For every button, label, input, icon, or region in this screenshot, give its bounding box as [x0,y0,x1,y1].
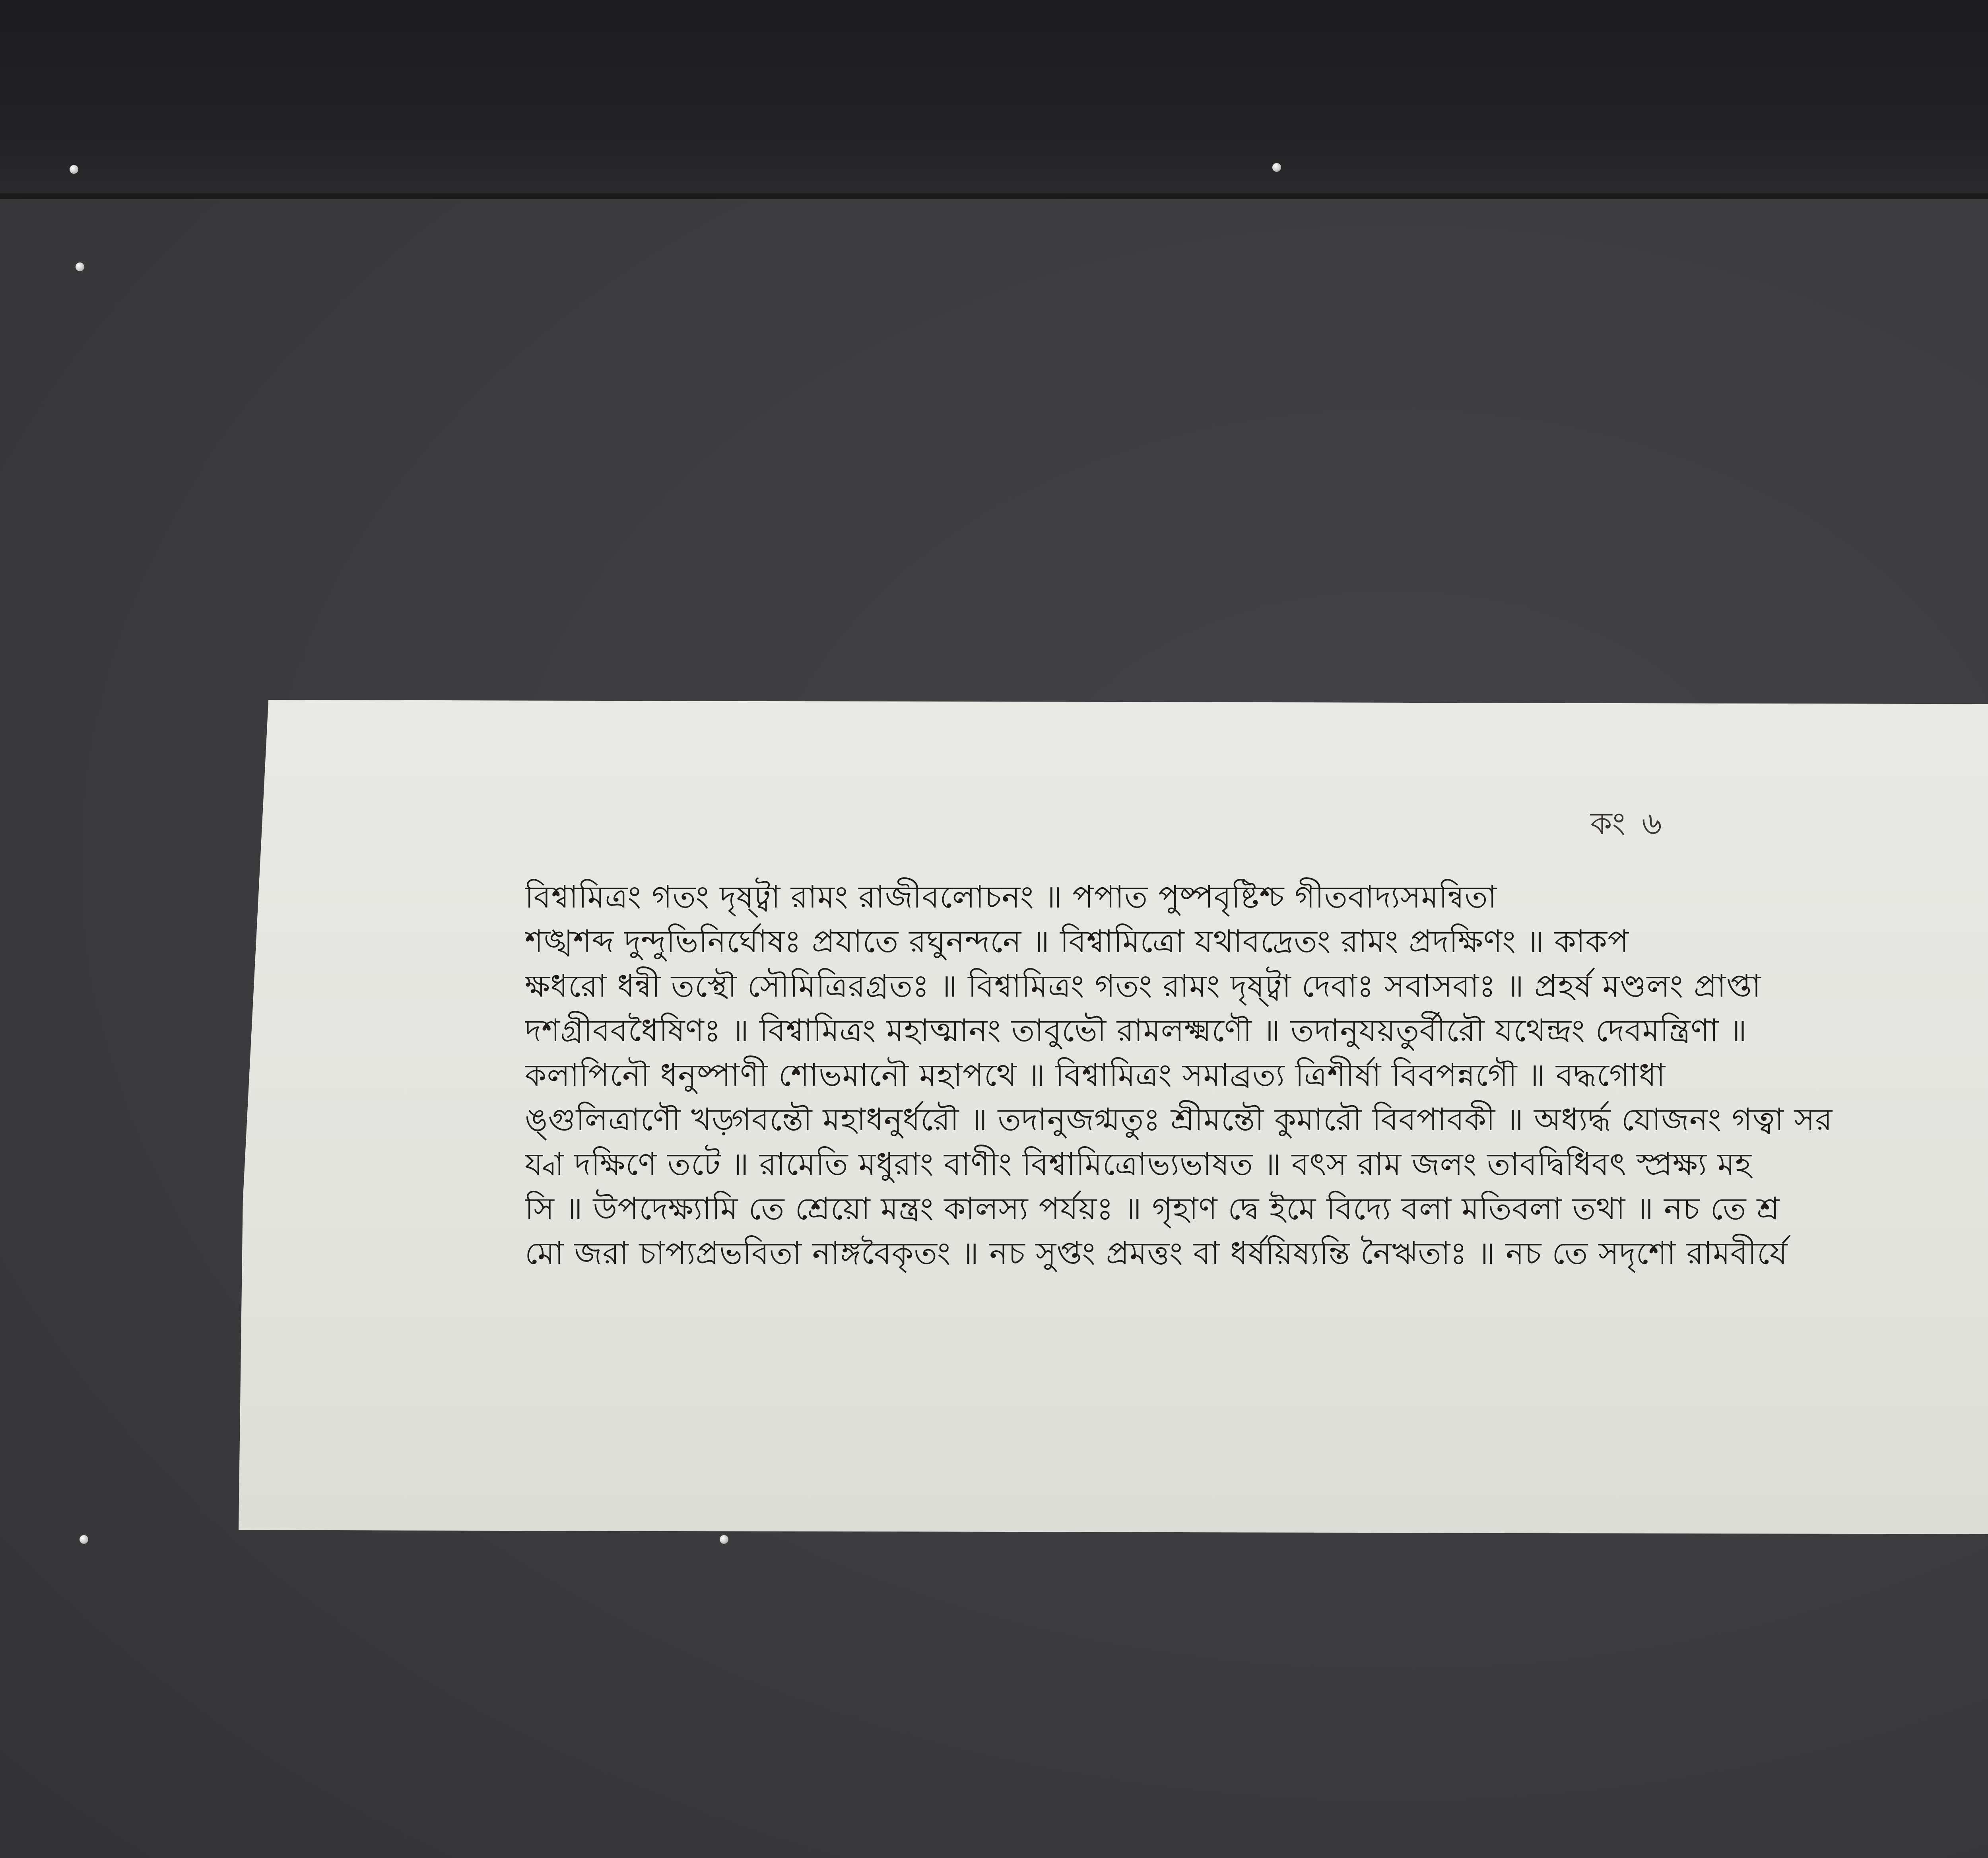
text-line: সি ॥ উপদেক্ষ্যামি তে শ্রেয়ো মন্ত্রং কাল… [525,1187,1988,1231]
dark-top-band [0,0,1988,199]
text-line: য্বা দক্ষিণে তটে ॥ রামেতি মধুরাং বাণীং ব… [525,1142,1988,1187]
text-line: মো জরা চাপ্যপ্রভবিতা নাঙ্গবৈকৃতং ॥ নচ সু… [525,1231,1988,1276]
manuscript-text: বিশ্বামিত্রং গতং দৃষ্ট্বা রামং রাজীবলোচন… [525,875,1988,1276]
text-line: ক্ষধরো ধন্বী তস্থৌ সৌমিত্রিরগ্রতঃ ॥ বিশ্… [525,964,1988,1009]
mounting-pin [76,262,84,271]
manuscript-leaf: কং ৬ বিশ্বামিত্রং গতং দৃষ্ট্বা রামং রাজী… [239,700,1988,1535]
text-line: বিশ্বামিত্রং গতং দৃষ্ট্বা রামং রাজীবলোচন… [525,875,1988,919]
mounting-pin [70,165,78,174]
text-line: শঙ্খশব্দ দুন্দুভিনির্ঘোষঃ প্রযাতে রঘুনন্… [525,919,1988,964]
folio-number: কং ৬ [1590,799,1665,851]
text-line: দশগ্রীববধৈষিণঃ ॥ বিশ্বামিত্রং মহাত্মানং … [525,1009,1988,1053]
text-line: ঙ্গুলিত্রাণৌ খড়্গবন্তৌ মহাধনুর্ধরৌ ॥ তদ… [525,1098,1988,1142]
mounting-pin [1272,163,1281,172]
mounting-pin [80,1535,88,1544]
text-line: কলাপিনৌ ধনুষ্পাণী শোভমানৌ মহাপথে ॥ বিশ্ব… [525,1053,1988,1098]
mounting-pin [720,1535,728,1544]
